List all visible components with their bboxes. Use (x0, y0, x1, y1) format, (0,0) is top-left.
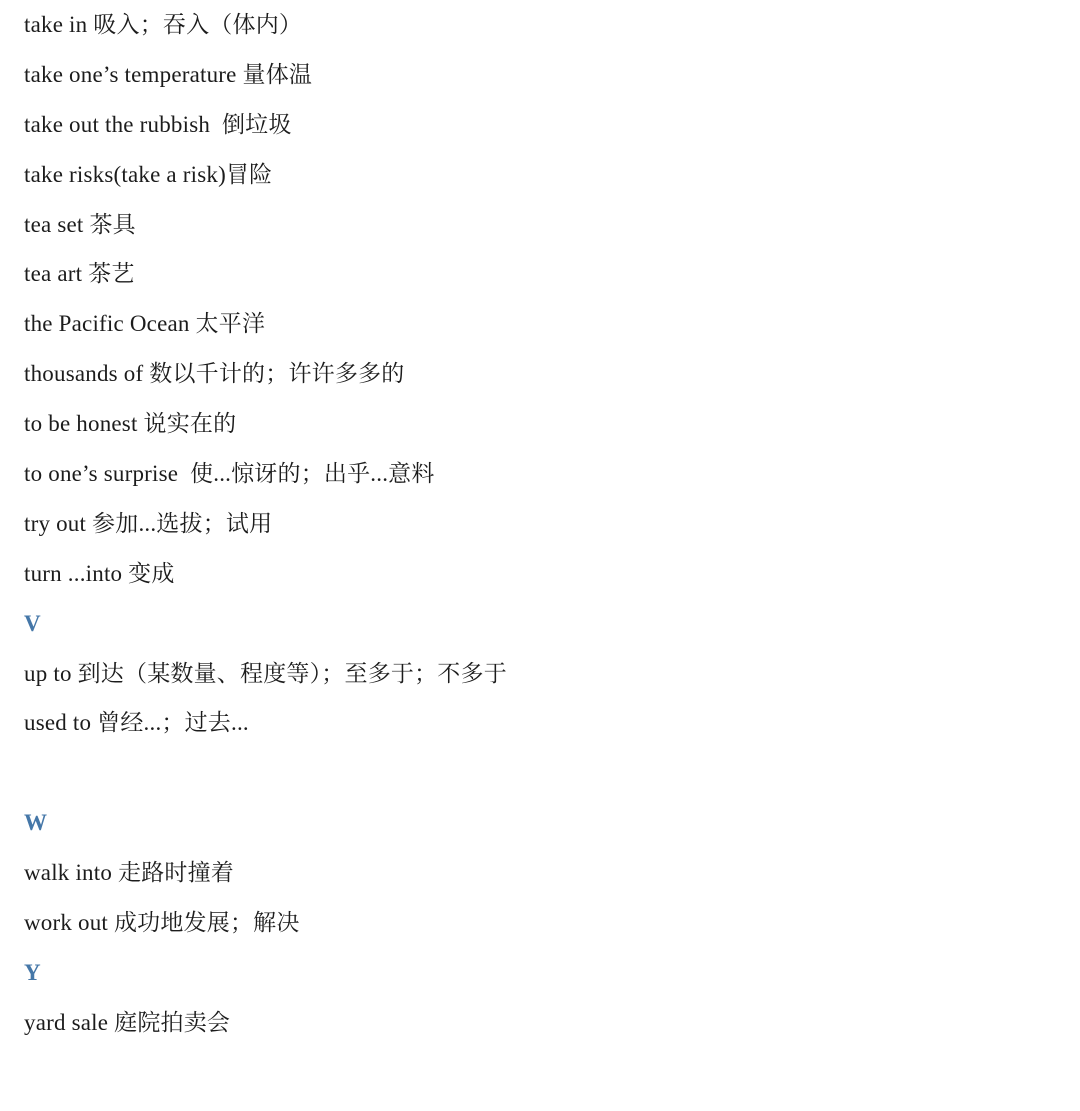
vocab-entry: take out the rubbish 倒垃圾 (24, 100, 1080, 150)
document-page: take in 吸入；吞入（体内）take one’s temperature … (0, 0, 1080, 1111)
section-letter-header: W (24, 798, 1080, 848)
vocab-entry: tea set 茶具 (24, 200, 1080, 250)
vocabulary-list: take in 吸入；吞入（体内）take one’s temperature … (0, 0, 1080, 1048)
vocab-entry: up to 到达（某数量、程度等）；至多于；不多于 (24, 649, 1080, 699)
vocab-entry: used to 曾经...；过去... (24, 698, 1080, 748)
section-letter-header: V (24, 599, 1080, 649)
vocab-entry: try out 参加...选拔；试用 (24, 499, 1080, 549)
vocab-entry: to be honest 说实在的 (24, 399, 1080, 449)
vocab-entry: work out 成功地发展；解决 (24, 898, 1080, 948)
vocab-entry: yard sale 庭院拍卖会 (24, 998, 1080, 1048)
vocab-entry: take one’s temperature 量体温 (24, 50, 1080, 100)
vocab-entry: tea art 茶艺 (24, 249, 1080, 299)
section-letter-header: Y (24, 948, 1080, 998)
vocab-entry: take in 吸入；吞入（体内） (24, 0, 1080, 50)
blank-line (24, 748, 1080, 798)
vocab-entry: thousands of 数以千计的；许许多多的 (24, 349, 1080, 399)
vocab-entry: turn ...into 变成 (24, 549, 1080, 599)
vocab-entry: to one’s surprise 使...惊讶的；出乎...意料 (24, 449, 1080, 499)
vocab-entry: the Pacific Ocean 太平洋 (24, 299, 1080, 349)
vocab-entry: walk into 走路时撞着 (24, 848, 1080, 898)
vocab-entry: take risks(take a risk)冒险 (24, 150, 1080, 200)
